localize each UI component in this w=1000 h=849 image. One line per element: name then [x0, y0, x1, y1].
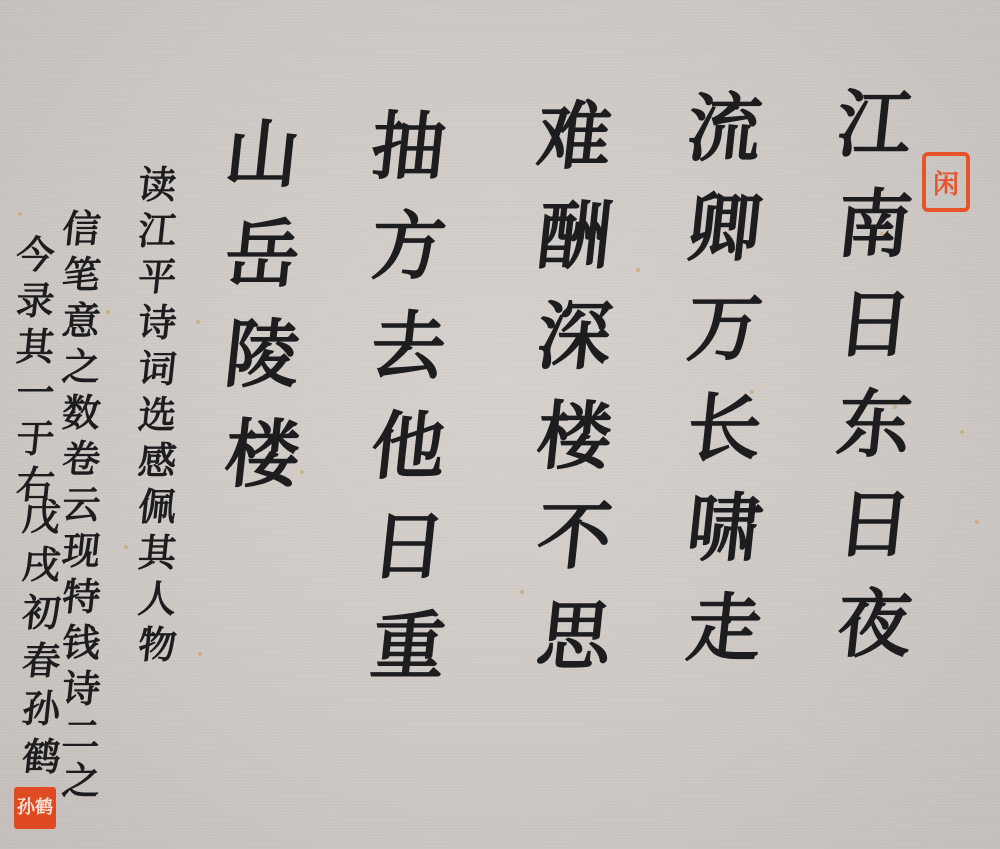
inscription-char: 读 — [136, 166, 179, 212]
signature-char: 初 — [19, 594, 62, 642]
poem-char: 南 — [831, 188, 916, 288]
inscription-char: 感 — [136, 442, 179, 488]
leisure-seal: 闲 — [922, 152, 970, 212]
poem-char: 万 — [681, 292, 766, 392]
poem-column-4: 抽 方 去 他 日 重 — [370, 110, 444, 710]
inscription-char: 人 — [136, 580, 179, 626]
inscription-char: 卷 — [60, 440, 103, 486]
paper-speck — [975, 520, 979, 524]
poem-char: 流 — [681, 92, 766, 192]
poem-char: 啸 — [681, 492, 766, 592]
poem-char: 抽 — [365, 110, 450, 210]
inscription-char: 意 — [60, 302, 103, 348]
poem-char: 楼 — [219, 418, 304, 518]
inscription-column-1: 读 江 平 诗 词 选 感 佩 其 人 物 — [138, 166, 176, 672]
inscription-char: 其 — [14, 328, 57, 374]
inscription-char: 二 — [60, 716, 103, 762]
paper-speck — [520, 590, 524, 594]
inscription-char: 现 — [60, 532, 103, 578]
paper-speck — [18, 212, 22, 216]
inscription-char: 钱 — [60, 624, 103, 670]
inscription-char: 诗 — [136, 304, 179, 350]
inscription-char: 其 — [136, 534, 179, 580]
name-seal: 孙鹤 — [14, 787, 56, 829]
signature-char: 孙 — [19, 690, 62, 738]
poem-column-5: 山 岳 陵 楼 — [224, 118, 298, 518]
poem-char: 日 — [365, 510, 450, 610]
poem-column-3: 难 酬 深 楼 不 思 — [536, 100, 610, 700]
inscription-char: 江 — [136, 212, 179, 258]
seal-text: 孙鹤 — [17, 799, 53, 817]
inscription-char: 物 — [136, 626, 179, 672]
paper-speck — [196, 320, 200, 324]
poem-column-1: 江 南 日 东 日 夜 — [836, 88, 910, 688]
poem-char: 去 — [365, 310, 450, 410]
paper-speck — [300, 470, 304, 474]
poem-char: 陵 — [219, 318, 304, 418]
poem-char: 楼 — [531, 400, 616, 500]
inscription-char: 录 — [14, 282, 57, 328]
inscription-char: 一 — [14, 374, 57, 420]
inscription-char: 之 — [60, 762, 103, 808]
signature-char: 鹤 — [19, 738, 62, 786]
inscription-char: 之 — [60, 348, 103, 394]
inscription-char: 选 — [136, 396, 179, 442]
signature-char: 戌 — [19, 546, 62, 594]
poem-char: 夜 — [831, 588, 916, 688]
poem-char: 卿 — [681, 192, 766, 292]
inscription-char: 今 — [14, 236, 57, 282]
inscription-char: 诗 — [60, 670, 103, 716]
poem-char: 日 — [831, 488, 916, 588]
inscription-char: 笔 — [60, 256, 103, 302]
inscription-char: 信 — [60, 210, 103, 256]
inscription-char: 于 — [14, 420, 57, 466]
inscription-char: 词 — [136, 350, 179, 396]
paper-speck — [124, 545, 128, 549]
inscription-char: 佩 — [136, 488, 179, 534]
seal-text: 闲 — [933, 164, 959, 201]
poem-char: 走 — [681, 592, 766, 692]
poem-char: 深 — [531, 300, 616, 400]
inscription-char: 云 — [60, 486, 103, 532]
signature-char: 戊 — [19, 498, 62, 546]
inscription-char: 数 — [60, 394, 103, 440]
poem-char: 重 — [365, 610, 450, 710]
signature-column: 戊 戌 初 春 孙 鹤 — [22, 498, 60, 786]
poem-char: 方 — [365, 210, 450, 310]
poem-char: 日 — [831, 288, 916, 388]
paper-speck — [960, 430, 964, 434]
poem-column-2: 流 卿 万 长 啸 走 — [686, 92, 760, 692]
poem-char: 不 — [531, 500, 616, 600]
poem-char: 长 — [681, 392, 766, 492]
inscription-char: 特 — [60, 578, 103, 624]
paper-speck — [198, 652, 202, 656]
poem-char: 他 — [365, 410, 450, 510]
poem-char: 思 — [531, 600, 616, 700]
poem-char: 难 — [531, 100, 616, 200]
inscription-column-2: 信 笔 意 之 数 卷 云 现 特 钱 诗 二 之 — [62, 210, 100, 808]
poem-char: 岳 — [219, 218, 304, 318]
signature-char: 春 — [19, 642, 62, 690]
poem-char: 东 — [831, 388, 916, 488]
paper-speck — [106, 310, 110, 314]
inscription-char: 平 — [136, 258, 179, 304]
poem-char: 山 — [219, 118, 304, 218]
poem-char: 酬 — [531, 200, 616, 300]
poem-char: 江 — [831, 88, 916, 188]
paper-speck — [636, 268, 640, 272]
inscription-column-3: 今 录 其 一 于 右 — [16, 236, 54, 512]
